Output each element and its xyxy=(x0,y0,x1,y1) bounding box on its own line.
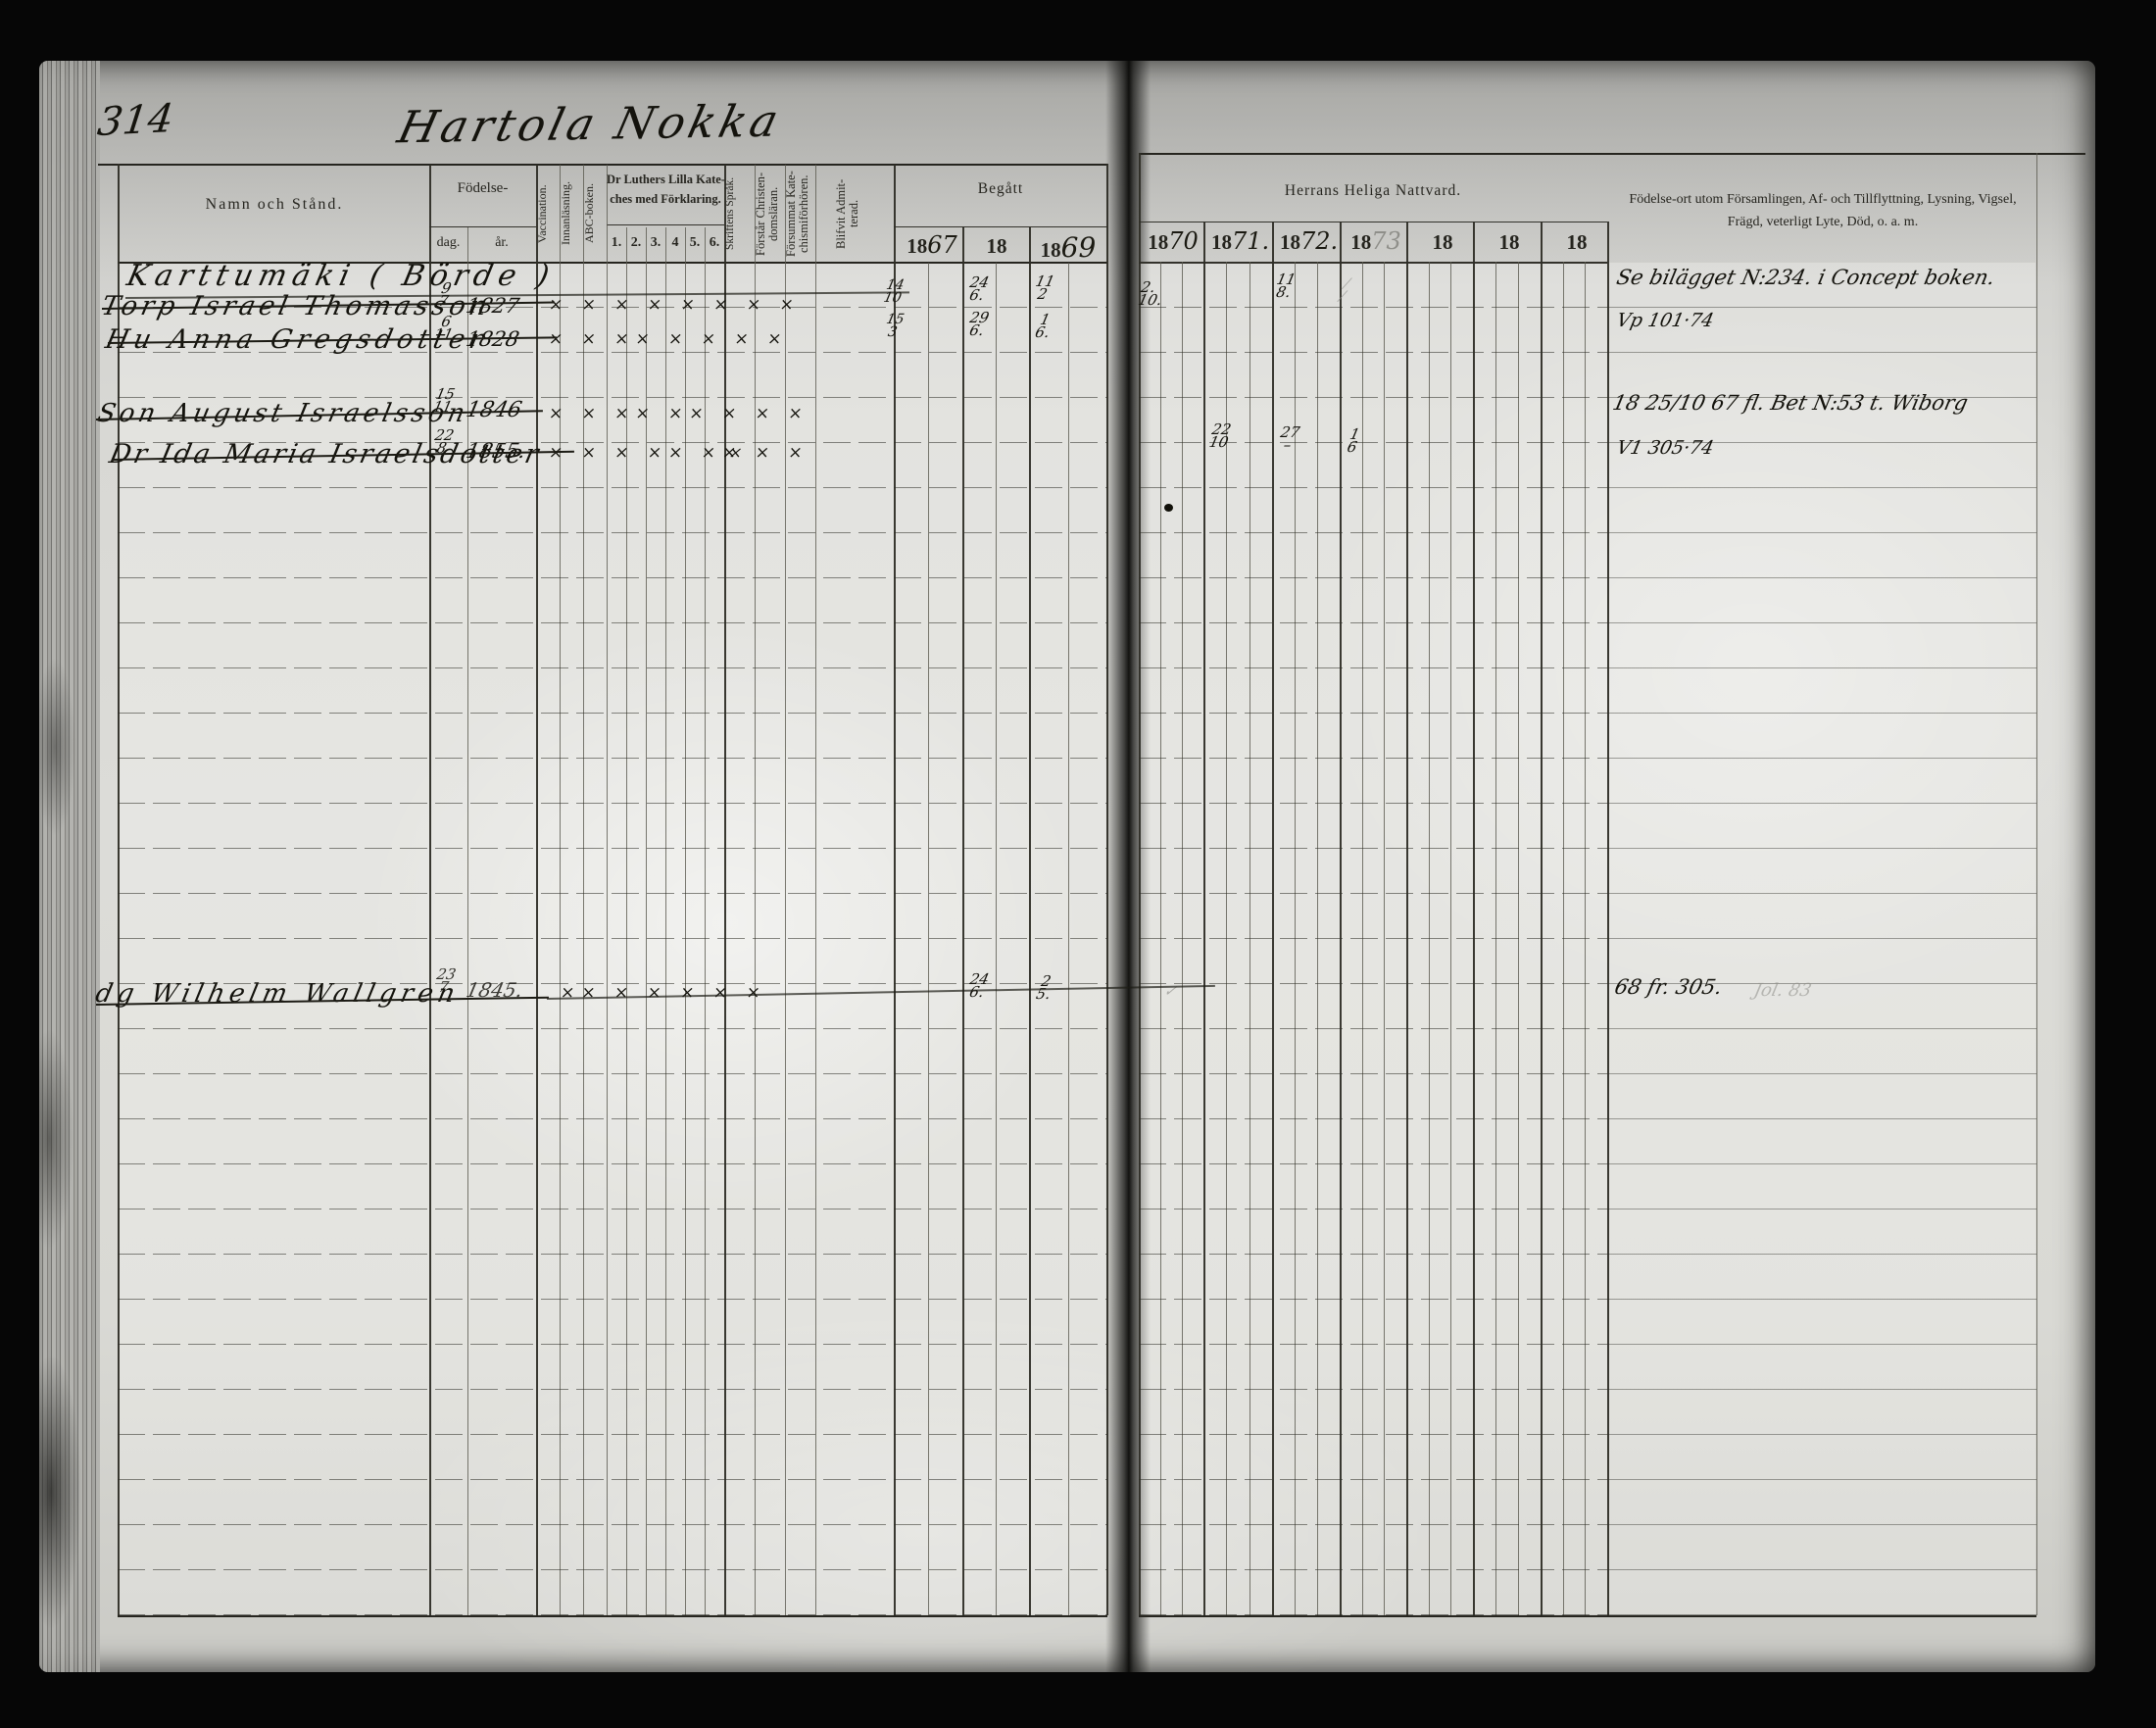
column-header-catechism-line1: Dr Luthers Lilla Kate- xyxy=(607,173,724,187)
nattvard-row-lines xyxy=(1139,263,1607,1615)
right-table-bottom-rule xyxy=(1139,1615,2036,1617)
year-cell-1871: 1871. xyxy=(1211,227,1268,255)
column-header-scripture: Skriftens Språk. xyxy=(724,167,755,261)
book-spine-edge xyxy=(39,61,100,1672)
year-1873-written: 73 xyxy=(1371,227,1401,255)
year-cell-1870: 1870 xyxy=(1145,227,1201,255)
entry-nattvard-1872: 11 8. xyxy=(1268,273,1301,299)
entry-admitted-date: 15 3 xyxy=(877,314,910,339)
entry-nattvard-1871: 22 10 xyxy=(1202,423,1238,449)
year-cell-18-c: 18 xyxy=(1548,227,1605,255)
entry-reading-marks: × × × × × × × × xyxy=(548,295,802,315)
catechism-header-divider xyxy=(607,224,724,225)
left-table-bottom-rule xyxy=(118,1615,1107,1617)
year-1872-printed: 18 xyxy=(1280,230,1300,254)
year-1870-written: 70 xyxy=(1168,227,1199,255)
entry-nattvard-1873: 1 6 xyxy=(1338,428,1369,454)
column-header-catechism-line2: ches med Förklaring. xyxy=(607,192,724,207)
entry-admitted-date: 14 10 xyxy=(877,279,910,305)
catechism-number-1: 1. xyxy=(607,235,626,251)
year-1869-written: 69 xyxy=(1061,231,1097,264)
entry-note: Vp 101·74 xyxy=(1615,310,1716,331)
page-title: Hartola Nokka xyxy=(393,95,787,154)
year-1867-written: 67 xyxy=(927,231,957,259)
year-1870-printed: 18 xyxy=(1148,230,1168,254)
catechism-number-4: 4 xyxy=(665,235,685,251)
column-header-birth: Födelse- xyxy=(429,180,536,197)
year-1872-written: 72. xyxy=(1300,227,1338,255)
entry-reading-marks: ×× × × × × × xyxy=(560,983,768,1003)
column-header-name: Namn och Stånd. xyxy=(157,196,392,214)
notes-row-lines xyxy=(1607,263,2036,1615)
entry-note: V1 305·74 xyxy=(1615,437,1716,459)
communion-years-divider xyxy=(894,226,1107,227)
year-cell-18-a: 18 xyxy=(1414,227,1471,255)
column-header-birth-year: år. xyxy=(467,235,536,251)
page-number: 314 xyxy=(95,96,176,145)
year-1871-written: 71. xyxy=(1232,227,1269,255)
entry-birth-year: 1827 xyxy=(464,294,521,318)
entry-reading-marks: × × ×× × × × × xyxy=(548,329,789,349)
column-header-nattvard: Herrans Heliga Nattvard. xyxy=(1139,182,1607,200)
catechism-number-3: 3. xyxy=(646,235,665,251)
left-table-top-rule xyxy=(98,164,1107,166)
entry-reading-marks: × × ×× ×× × × × xyxy=(548,404,810,423)
year-cell-1873: 1873 xyxy=(1347,227,1404,255)
column-header-notes-line2: Frägd, veterligt Lyte, Död, o. a. m. xyxy=(1615,215,2031,230)
entry-reading-marks: × × × ×× ×× × × xyxy=(548,443,810,463)
entry-communion-mid: 29 6. xyxy=(961,312,995,337)
village-heading: Karttumäki ( Börde ) xyxy=(123,259,558,293)
year-cell-1867: 1867 xyxy=(902,231,962,259)
column-header-vaccination: Vaccination. xyxy=(536,167,560,261)
year-cell-18-b: 18 xyxy=(1481,227,1538,255)
year-cell-1869: 1869 xyxy=(1035,231,1102,264)
year-18a-printed: 18 xyxy=(1433,230,1453,254)
entry-note: 18 25/10 67 fl. Bet N:53 t. Wiborg xyxy=(1610,391,1970,415)
year-1867-printed: 18 xyxy=(906,234,927,258)
column-header-communion: Begått xyxy=(894,180,1107,198)
right-table-top-rule xyxy=(1139,153,2085,155)
nattvard-years-divider xyxy=(1139,222,1607,222)
year-1873-printed: 18 xyxy=(1350,230,1371,254)
entry-nattvard-1870: 2. 10. xyxy=(1137,281,1168,307)
column-header-admitted: Blifvit Admit- terad. xyxy=(835,167,874,261)
entry-note: 68 fr. 305. xyxy=(1612,975,1724,999)
catechism-number-6: 6. xyxy=(705,235,724,251)
column-header-understands-christianity: Förstår Christen- domsläran. xyxy=(755,167,785,261)
entry-note-pencil: Jol. 83 xyxy=(1752,980,1814,1001)
entry-birth-day: 15 11 xyxy=(426,388,462,414)
ink-blot xyxy=(1164,504,1173,512)
entry-communion-1869: 1 6. xyxy=(1027,314,1060,339)
notes-column-right-rule xyxy=(2036,153,2037,1615)
scanned-book-spread: 314 Hartola Nokka Namn och Stå xyxy=(0,0,2156,1728)
entry-communion-mid: 24 6. xyxy=(961,973,995,999)
year-1871-printed: 18 xyxy=(1211,230,1232,254)
year-cell-18-mid: 18 xyxy=(970,231,1023,259)
catechism-number-5: 5. xyxy=(685,235,705,251)
column-header-birth-day: dag. xyxy=(429,235,467,251)
birth-header-divider xyxy=(429,226,536,227)
year-cell-1872: 1872. xyxy=(1280,227,1337,255)
entry-birth-day: 23 7 xyxy=(428,968,462,994)
entry-nattvard-1872: 27 – xyxy=(1271,426,1306,452)
column-header-abc-book: ABC-boken. xyxy=(583,167,607,261)
entry-birth-day: 22 8 xyxy=(426,429,460,455)
column-header-notes-line1: Födelse-ort utom Församlingen, Af- och T… xyxy=(1615,192,2031,208)
year-18c-printed: 18 xyxy=(1567,230,1588,254)
entry-note: Se bilägget N:234. i Concept boken. xyxy=(1614,266,1996,289)
year-1869-printed: 18 xyxy=(1041,238,1061,262)
column-header-reading: Innanläsning. xyxy=(560,167,583,261)
entry-communion-mid: 24 6. xyxy=(961,276,995,302)
column-header-neglected-catechism: Försummat Kate- chismiförhören. xyxy=(785,167,815,261)
entry-communion-1869: 11 2 xyxy=(1027,275,1060,301)
catechism-number-2: 2. xyxy=(626,235,646,251)
year-mid-printed: 18 xyxy=(987,234,1007,258)
year-18b-printed: 18 xyxy=(1499,230,1520,254)
